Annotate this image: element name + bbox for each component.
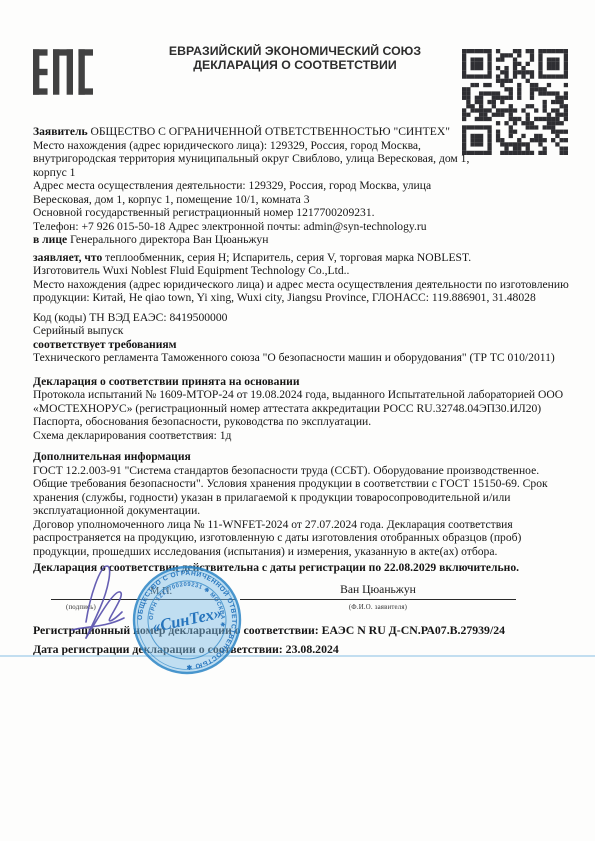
registration-number-value: ЕАЭС N RU Д-CN.РА07.В.27939/24 [319,623,505,637]
basis-section: Декларация о соответствии принята на осн… [33,375,570,443]
basis-label: Декларация о соответствии принята на осн… [33,375,570,389]
union-name: ЕВРАЗИЙСКИЙ ЭКОНОМИЧЕСКИЙ СОЮЗ [140,44,450,58]
signatory-name: Ван Цюаньжун [240,583,516,597]
release-type: Серийный выпуск [33,324,570,338]
product-line: заявляет, что теплообменник, серия H; Ис… [33,251,570,265]
applicant-ogrn: Основной государственный регистрационный… [33,206,570,220]
additional-info-label: Дополнительная информация [33,450,570,464]
applicant-line: Заявитель ОБЩЕСТВО С ОГРАНИЧЕННОЙ ОТВЕТС… [33,125,570,139]
eac-mark-icon [33,48,93,101]
document-title: ЕВРАЗИЙСКИЙ ЭКОНОМИЧЕСКИЙ СОЮЗ ДЕКЛАРАЦИ… [140,44,450,72]
regulations-line: Технического регламента Таможенного союз… [33,351,570,365]
applicant-activity-address: Адрес места осуществления деятельности: … [33,179,570,206]
representative-name: Генерального директора Ван Цюаньжун [67,233,268,246]
tnved-code: Код (коды) ТН ВЭД ЕАЭС: 8419500000 [33,311,570,325]
signature-line [51,599,236,600]
product-description: теплообменник, серия H; Испаритель, сери… [102,251,471,264]
document-body: Заявитель ОБЩЕСТВО С ОГРАНИЧЕННОЙ ОТВЕТС… [33,125,570,657]
additional-info-text: ГОСТ 12.2.003-91 "Система стандартов без… [33,464,570,559]
applicant-section: Заявитель ОБЩЕСТВО С ОГРАНИЧЕННОЙ ОТВЕТС… [33,125,570,247]
signature-caption: (подпись) [66,601,96,615]
applicant-representative: в лице Генерального директора Ван Цюаньж… [33,233,570,247]
document-type: ДЕКЛАРАЦИЯ О СООТВЕТСТВИИ [140,58,450,72]
applicant-legal-address: Место нахождения (адрес юридического лиц… [33,139,570,180]
registration-date-label: Дата регистрации декларации о соответств… [33,642,283,656]
signature-block: М.П. Ван Цюаньжун (подпись) (Ф.И.О. заяв… [33,579,570,615]
scan-artifact-line [0,655,595,657]
additional-info-section: Дополнительная информация ГОСТ 12.2.003-… [33,450,570,558]
code-section: Код (коды) ТН ВЭД ЕАЭС: 8419500000 Серий… [33,311,570,365]
registration-number-label: Регистрационный номер декларации о соотв… [33,623,319,637]
stamp-place-label: М.П. [150,585,172,599]
product-section: заявляет, что теплообменник, серия H; Ис… [33,251,570,305]
validity-statement: Декларация о соответствии действительна … [33,561,570,575]
fio-caption: (Ф.И.О. заявителя) [240,601,516,615]
fio-line [240,599,516,600]
applicant-name: ОБЩЕСТВО С ОГРАНИЧЕННОЙ ОТВЕТСТВЕННОСТЬЮ… [88,125,450,138]
complies-label: соответствует требованиям [33,338,570,352]
applicant-label: Заявитель [33,125,88,138]
declaration-document: ЕВРАЗИЙСКИЙ ЭКОНОМИЧЕСКИЙ СОЮЗ ДЕКЛАРАЦИ… [0,0,595,841]
declares-label: заявляет, что [33,251,102,264]
in-person-label: в лице [33,233,67,246]
applicant-contacts: Телефон: +7 926 015-50-18 Адрес электрон… [33,220,570,234]
registration-date-value: 23.08.2024 [283,642,339,656]
manufacturer-address: Место нахождения (адрес юридического лиц… [33,278,570,305]
manufacturer-line: Изготовитель Wuxi Noblest Fluid Equipmen… [33,264,570,278]
basis-documents: Протокола испытаний № 1609-МТОР-24 от 19… [33,388,570,442]
registration-number-line: Регистрационный номер декларации о соотв… [33,624,570,638]
